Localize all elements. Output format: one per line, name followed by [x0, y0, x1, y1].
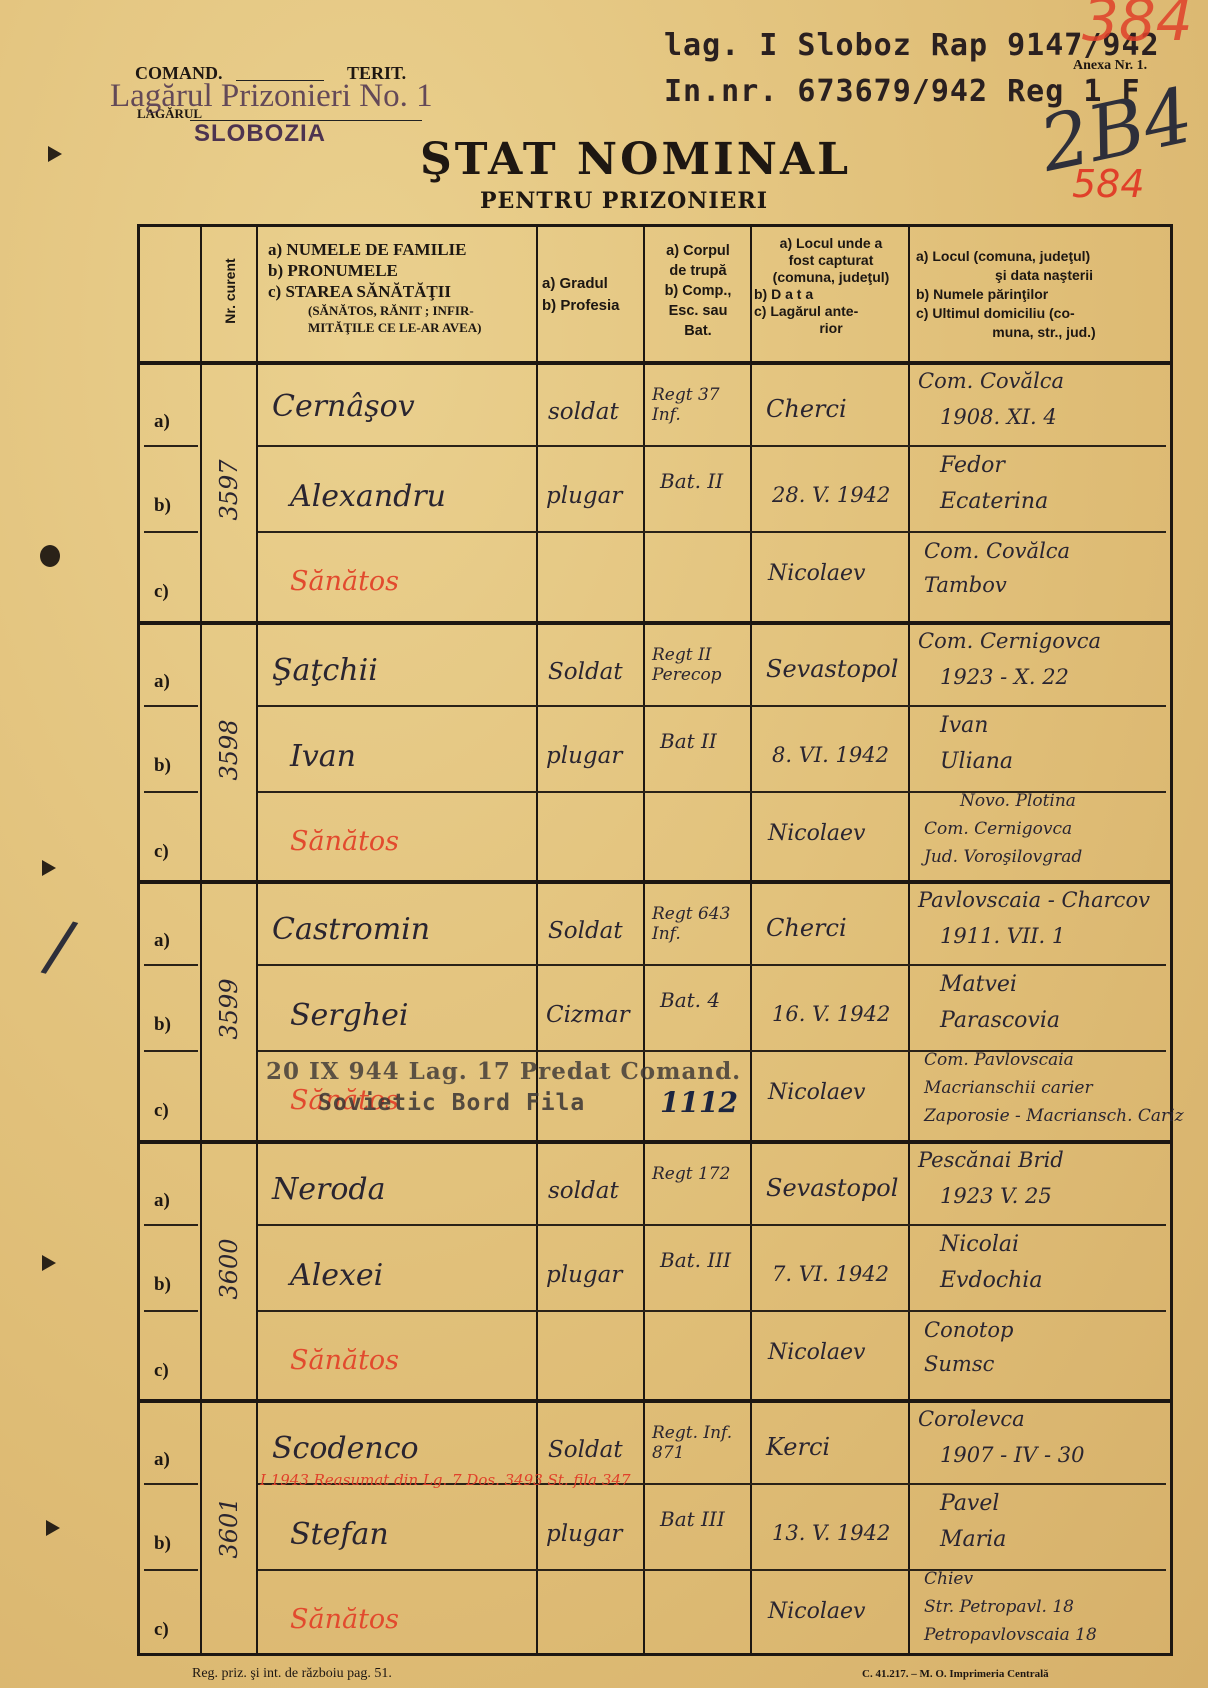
- footer-printer: C. 41.217. – M. O. Imprimeria Centrală: [862, 1668, 1049, 1680]
- header-line: a) NUMELE DE FAMILIE: [268, 239, 528, 260]
- domicile-line: Com. Pavlovscaia: [924, 1050, 1074, 1070]
- capture-place: Cherci: [766, 914, 847, 942]
- row-label: b): [154, 755, 171, 777]
- health-status: Sănătos: [290, 1345, 399, 1376]
- record-number: 3600: [215, 1234, 243, 1304]
- health-status: Sănătos: [290, 566, 399, 597]
- record-number: 3601: [215, 1493, 243, 1563]
- rank: Soldat: [548, 918, 623, 944]
- capture-place: Cherci: [766, 395, 847, 423]
- given-name: Ivan: [290, 739, 356, 774]
- capture-date: 28. V. 1942: [772, 483, 890, 507]
- document-subtitle: PENTRU PRIZONIERI: [480, 188, 768, 214]
- domicile-line: Jud. Voroşilovgrad: [924, 847, 1082, 867]
- profession: plugar: [546, 483, 622, 509]
- surname: Castromin: [272, 912, 430, 947]
- row-label: c): [154, 581, 169, 603]
- domicile-line: Chiev: [924, 1569, 973, 1589]
- header-line: MITĂŢILE CE LE-AR AVEA): [268, 319, 528, 336]
- folio-number-red-2: 584: [1072, 162, 1145, 206]
- birth-date: 1923 - X. 22: [940, 665, 1069, 689]
- profession: plugar: [546, 743, 622, 769]
- parent-name: Pavel: [940, 1491, 999, 1516]
- record-row: a)b)c)3601ScodencoStefanSănătosSoldatplu…: [140, 1399, 1170, 1659]
- previous-camp: Nicolaev: [768, 1599, 865, 1624]
- header-origin: a) Locul (comuna, judeţul) şi data naşte…: [916, 247, 1172, 342]
- domicile-line: Sumsc: [924, 1352, 994, 1376]
- record-number: 3598: [215, 715, 243, 785]
- surname: Scodenco: [272, 1431, 419, 1466]
- capture-place: Sevastopol: [766, 1174, 898, 1202]
- row-label: c): [154, 841, 169, 863]
- record-row: a)b)c)3600NerodaAlexeiSănătossoldatpluga…: [140, 1140, 1170, 1400]
- birth-place: Pescănai Brid: [918, 1148, 1064, 1172]
- record-number: 3599: [215, 974, 243, 1044]
- health-status: Sănătos: [290, 826, 399, 857]
- unit-regiment: Regt. Inf. 871: [652, 1423, 744, 1463]
- header-capture: a) Locul unde a fost capturat (comuna, j…: [754, 235, 908, 337]
- birth-date: 1908. XI. 4: [940, 405, 1057, 429]
- parent-name: Ecaterina: [940, 489, 1048, 514]
- row-label: a): [154, 1449, 170, 1471]
- row-label: b): [154, 1014, 171, 1036]
- domicile-line: Conotop: [924, 1318, 1013, 1342]
- header-line: b) Numele părinţilor: [916, 285, 1172, 304]
- binder-hole: [46, 1520, 60, 1536]
- header-line: Bat.: [646, 321, 750, 341]
- parent-name: Maria: [940, 1527, 1006, 1552]
- rank: soldat: [548, 399, 619, 425]
- prisoner-table: Nr. curent a) NUMELE DE FAMILIE b) PRONU…: [137, 224, 1173, 1656]
- header-line: (SĂNĂTOS, RĂNIT ; INFIR-: [268, 302, 528, 319]
- unit-regiment: Regt 643 Inf.: [652, 904, 744, 944]
- parent-name: Uliana: [940, 749, 1013, 774]
- camp-stamp-line1: Lagărul Prizonieri No. 1: [110, 78, 433, 115]
- header-line: rior: [754, 320, 908, 337]
- header-line: (comuna, judeţul): [754, 269, 908, 286]
- given-name: Serghei: [290, 998, 409, 1033]
- row-label: c): [154, 1360, 169, 1382]
- header-line: a) Gradul: [542, 273, 642, 295]
- binder-hole: [42, 860, 56, 876]
- document-title: ŞTAT NOMINAL: [420, 134, 851, 185]
- surname: Neroda: [272, 1172, 386, 1207]
- header-line: a) Locul unde a: [754, 235, 908, 252]
- binder-hole: [48, 146, 62, 162]
- capture-date: 8. VI. 1942: [772, 743, 889, 767]
- surname: Cernâşov: [272, 389, 415, 424]
- header-name: a) NUMELE DE FAMILIE b) PRONUMELE c) STA…: [268, 239, 528, 336]
- parent-name: Ivan: [940, 713, 988, 738]
- unit-regiment: Regt 172: [652, 1164, 744, 1184]
- domicile-line: Petropavlovscaia 18: [924, 1625, 1097, 1645]
- birth-place: Com. Cernigovca: [918, 629, 1101, 653]
- birth-date: 1923 V. 25: [940, 1184, 1052, 1208]
- previous-camp: Nicolaev: [768, 1340, 865, 1365]
- header-line: şi data naşterii: [916, 266, 1172, 285]
- header-line: muna, str., jud.): [916, 323, 1172, 342]
- unit-regiment: Regt 37 Inf.: [652, 385, 744, 425]
- given-name: Alexei: [290, 1258, 383, 1293]
- row-label: a): [154, 671, 170, 693]
- header-unit: a) Corpul de trupă b) Comp., Esc. sau Ba…: [646, 241, 750, 341]
- header-line: fost capturat: [754, 252, 908, 269]
- binder-hole: [40, 545, 60, 567]
- header-line: de trupă: [646, 261, 750, 281]
- record-row: a)b)c)3599CastrominSergheiSănătosSoldatC…: [140, 880, 1170, 1140]
- header-line: a) Corpul: [646, 241, 750, 261]
- parent-name: Nicolai: [940, 1232, 1019, 1257]
- row-label: b): [154, 1533, 171, 1555]
- transfer-stamp-line2: Sovietic Bord Fila: [318, 1090, 585, 1116]
- previous-camp: Nicolaev: [768, 561, 865, 586]
- birth-place: Pavlovscaia - Charcov: [918, 888, 1150, 912]
- record-number: 3597: [215, 455, 243, 525]
- header-line: b) Comp.,: [646, 281, 750, 301]
- row-label: a): [154, 1190, 170, 1212]
- domicile-line: Tambov: [924, 573, 1007, 597]
- transfer-fila-number: 1112: [660, 1086, 738, 1119]
- row-label: a): [154, 930, 170, 952]
- footer-reference: Reg. priz. şi int. de războiu pag. 51.: [192, 1666, 392, 1682]
- transfer-stamp-line1: 20 IX 944 Lag. 17 Predat Comand.: [266, 1058, 741, 1085]
- unit-regiment: Regt II Perecop: [652, 645, 744, 685]
- rank: soldat: [548, 1178, 619, 1204]
- domicile-line: Zaporosie - Macriansch. Cariz: [924, 1106, 1184, 1126]
- row-label: b): [154, 495, 171, 517]
- margin-pencil-mark: /: [38, 903, 82, 988]
- parent-name: Parascovia: [940, 1008, 1060, 1033]
- red-annotation: I 1943 Reasumat din Lg. 7 Dos. 3493 St. …: [260, 1471, 631, 1489]
- domicile-line: Com. Cernigovca: [924, 819, 1072, 839]
- header-line: c) STAREA SĂNĂTĂŢII: [268, 281, 528, 302]
- rank: Soldat: [548, 1437, 623, 1463]
- given-name: Stefan: [290, 1517, 389, 1552]
- profession: plugar: [546, 1521, 622, 1547]
- birth-place: Corolevca: [918, 1407, 1025, 1431]
- unit-battalion: Bat III: [660, 1507, 740, 1531]
- folio-number-red: 384: [1082, 0, 1193, 54]
- header-line: Esc. sau: [646, 301, 750, 321]
- previous-camp: Nicolaev: [768, 821, 865, 846]
- unit-battalion: Bat. 4: [660, 988, 740, 1012]
- record-row: a)b)c)3597CernâşovCerniâşevAlexandruSănă…: [140, 361, 1170, 621]
- previous-camp: Nicolaev: [768, 1080, 865, 1105]
- health-status: Sănătos: [290, 1604, 399, 1635]
- unit-battalion: Bat II: [660, 729, 740, 753]
- rank: Soldat: [548, 659, 623, 685]
- domicile-line: Com. Covălca: [924, 539, 1070, 563]
- parent-name: Evdochia: [940, 1268, 1042, 1293]
- capture-place: Sevastopol: [766, 655, 898, 683]
- camp-stamp-line2: SLOBOZIA: [194, 120, 326, 148]
- header-nr-curent: Nr. curent: [200, 227, 256, 363]
- parent-name: Fedor: [940, 453, 1005, 478]
- birth-date: 1911. VII. 1: [940, 924, 1065, 948]
- surname: Şaţchii: [272, 653, 378, 688]
- profession: Cizmar: [546, 1002, 630, 1028]
- domicile-line: Novo. Plotina: [960, 791, 1076, 811]
- binder-hole: [42, 1255, 56, 1271]
- header-rank: a) Gradul b) Profesia: [542, 273, 642, 317]
- unit-battalion: Bat. III: [660, 1248, 740, 1272]
- header-line: c) Lagărul ante-: [754, 303, 908, 320]
- header-line: b) PRONUMELE: [268, 260, 528, 281]
- header-line: c) Ultimul domiciliu (co-: [916, 304, 1172, 323]
- given-name: Alexandru: [290, 479, 446, 514]
- record-row: a)b)c)3598ŞaţchiiIvanSănătosSoldatplugar…: [140, 621, 1170, 881]
- row-label: b): [154, 1274, 171, 1296]
- capture-date: 13. V. 1942: [772, 1521, 890, 1545]
- header-line: b) D a t a: [754, 286, 908, 303]
- annex-label: Anexa Nr. 1.: [1073, 58, 1147, 74]
- unit-battalion: Bat. II: [660, 469, 740, 493]
- profession: plugar: [546, 1262, 622, 1288]
- header-line: a) Locul (comuna, judeţul): [916, 247, 1172, 266]
- domicile-line: Macrianschii carier: [924, 1078, 1093, 1098]
- row-label: c): [154, 1619, 169, 1641]
- row-label: c): [154, 1100, 169, 1122]
- birth-date: 1907 - IV - 30: [940, 1443, 1085, 1467]
- row-label: a): [154, 411, 170, 433]
- capture-place: Kerci: [766, 1433, 830, 1461]
- capture-date: 7. VI. 1942: [772, 1262, 889, 1286]
- capture-date: 16. V. 1942: [772, 1002, 890, 1026]
- domicile-line: Str. Petropavl. 18: [924, 1597, 1074, 1617]
- birth-place: Com. Covălca: [918, 369, 1064, 393]
- nr-curent-label: Nr. curent: [221, 221, 239, 361]
- header-line: b) Profesia: [542, 295, 642, 317]
- parent-name: Matvei: [940, 972, 1017, 997]
